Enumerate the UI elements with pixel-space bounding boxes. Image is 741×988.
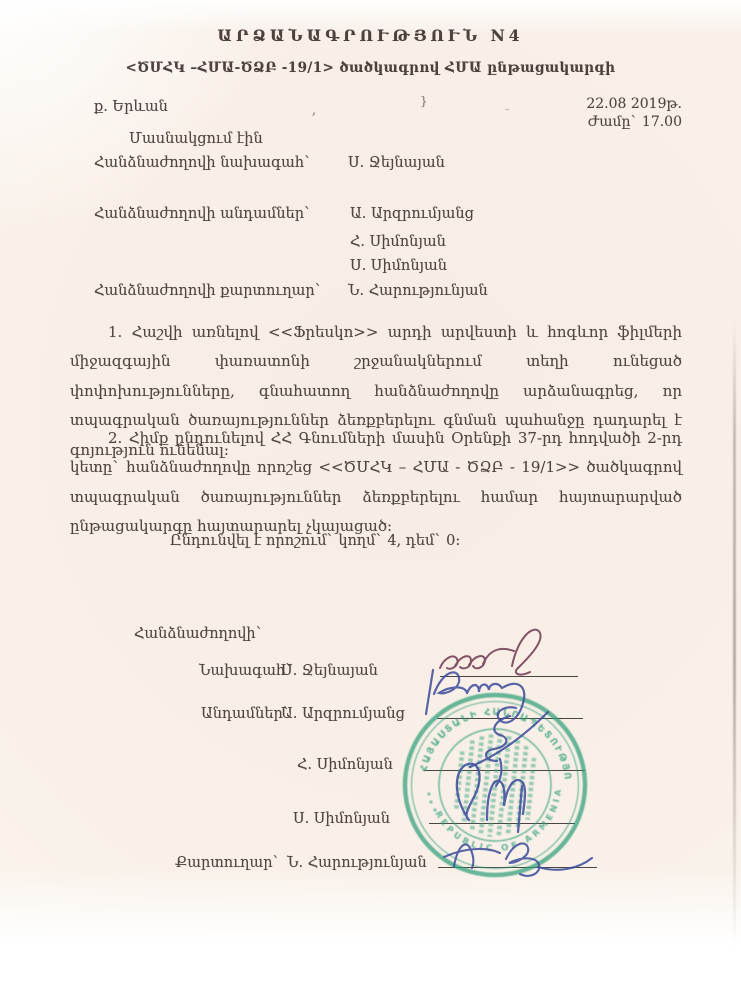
member-name-1: Ա. Արզրումյանց (350, 206, 474, 222)
secretary-name: Ն. Հարությունյան (348, 283, 488, 299)
stray-mark-dash: - (505, 102, 509, 117)
stray-mark-brace: } (420, 94, 428, 108)
sig-member-name-1: Ա. Արզրումյանց (281, 706, 405, 722)
decision-line: Ընդունվել է որոշում` կողմ` 4, դեմ` 0: (170, 533, 460, 549)
document-time: Ժամը` 17.00 (540, 114, 682, 130)
chairman-name: Ս. Ջեյնայան (348, 155, 445, 171)
signature-ink-chairman (432, 620, 582, 680)
sig-secretary-label: Քարտուղար` (175, 855, 280, 871)
sig-members-label: Անդամներ` (201, 706, 290, 722)
member-name-2: Հ. Սիմոնյան (350, 234, 446, 250)
member-name-3: Ս. Սիմոնյան (350, 258, 447, 274)
stray-mark-comma: , (312, 103, 316, 118)
signature-line-chairman (440, 676, 578, 677)
official-stamp: ՀԱՅԱՍՏԱՆԻ ՀԱՆՐԱՊԵՏՈՒԹՅՈՒՆ REPUBLIC OF AR… (395, 688, 595, 888)
attendance-heading: Մասնակցում էին (129, 131, 263, 147)
signature-heading: Հանձնաժողովի` (134, 626, 263, 642)
stamp-rim-dots (427, 792, 436, 811)
page-edge-shadow (733, 320, 736, 950)
sig-member-name-2: Հ. Սիմոնյան (297, 757, 393, 773)
document-title: ԱՐՁԱՆԱԳՐՈՒԹՅՈՒՆ N4 (0, 26, 741, 45)
place-city: ք. Երևան (94, 99, 168, 115)
document-subtitle: <ԾՄՀԿ –ՀՄԱ-ԾՁԲ -19/1> ծածկագրով ՀՄԱ ընթա… (0, 60, 741, 76)
sig-member-name-3: Ս. Սիմոնյան (293, 811, 390, 827)
chairman-label: Հանձնաժողովի նախագահ` (94, 155, 311, 171)
stamp-inner-text-rows (454, 730, 536, 841)
scanned-protocol-document: ԱՐՁԱՆԱԳՐՈՒԹՅՈՒՆ N4 <ԾՄՀԿ –ՀՄԱ-ԾՁԲ -19/1>… (0, 0, 741, 988)
paragraph-2: 2. Հիմք ընդունելով ՀՀ Գնումների մասին Օր… (70, 424, 682, 542)
secretary-label: Հանձնաժողովի քարտուղար` (94, 283, 322, 299)
sig-chairman-label: Նախագահ` (199, 663, 292, 679)
document-date: 22.08 2019թ. (540, 96, 682, 112)
members-label: Հանձնաժողովի անդամներ` (94, 206, 311, 222)
sig-chairman-name: Ս. Ջեյնայան (281, 663, 378, 679)
